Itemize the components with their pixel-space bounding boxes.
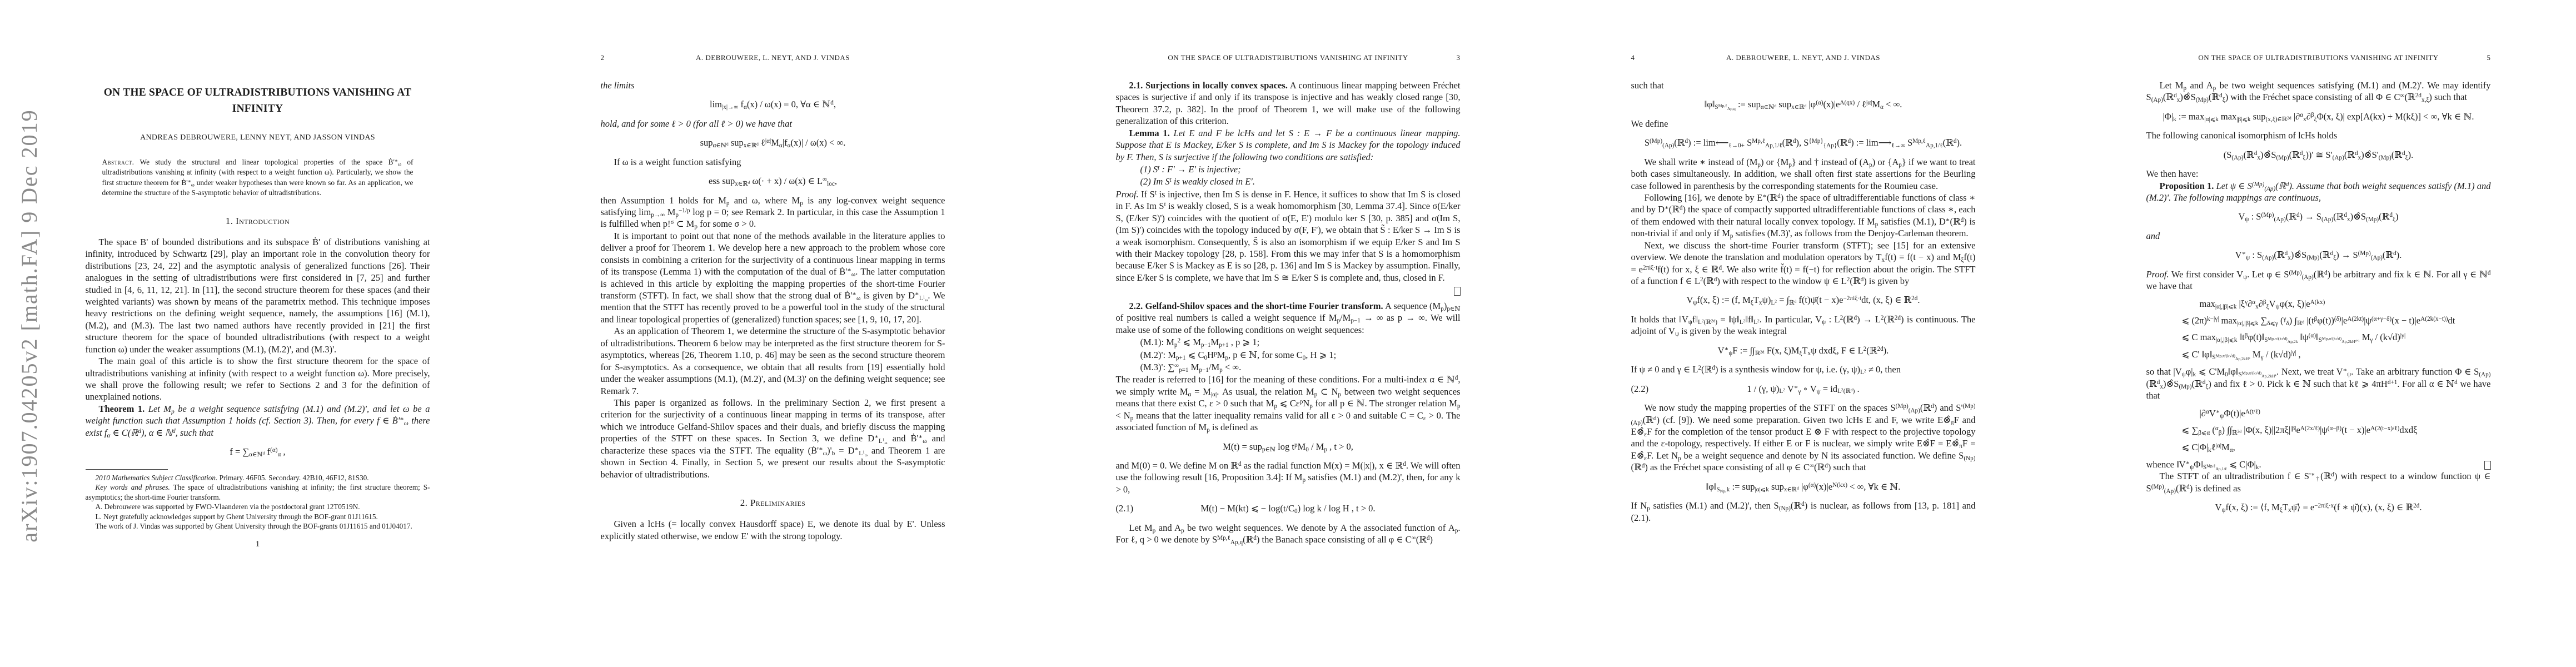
paragraph: Let Mp and Ap be two weight sequences sa… xyxy=(2146,79,2491,103)
paragraph: Given a lcHs (= locally convex Hausdorff… xyxy=(601,518,945,542)
paper-authors: ANDREAS DEBROUWERE, LENNY NEYT, AND JASS… xyxy=(86,133,430,143)
block-text: The reader is referred to [16] for the m… xyxy=(1116,374,1461,432)
paragraph: whence ‖V∗ψΦ‖SMp,ℓAp,1/ℓ ⩽ C|Φ|k. xyxy=(2146,459,2491,470)
header-page-number: 2 xyxy=(601,53,605,63)
paragraph: If Np satisfies (M.1) and (M.2)', then S… xyxy=(1631,500,1976,524)
paragraph: We then have: xyxy=(2146,168,2491,180)
running-header: 2A. DEBROUWERE, L. NEYT, AND J. VINDAS xyxy=(601,53,945,63)
block-text: Let Mp and Ap be two weight sequences sa… xyxy=(2146,80,2491,102)
header-page-number: 4 xyxy=(1631,53,1635,63)
footnote-rule xyxy=(86,469,168,470)
block-text: and M(0) = 0. We define M on ℝd as the r… xyxy=(1116,460,1461,495)
math-text: Vψf(x, ξ) := (f, MξTxψ)L2 = ∫ℝd f(t)ψ̄(t… xyxy=(1686,295,1920,305)
math-text: 1 / (γ, ψ)L2 V∗γ ∘ Vψ = idL2(ℝd) . xyxy=(1747,384,1859,394)
paragraph: As an application of Theorem 1, we deter… xyxy=(601,325,945,397)
block-lead: Key words and phrases. xyxy=(96,483,170,491)
footnote: L. Neyt gratefully acknowledges support … xyxy=(86,512,430,522)
block-lead: Proof. xyxy=(1116,189,1139,200)
math-text: ‖φ‖SNp,k := sup|α|⩽k supx∈ℝd |φ(α)(x)|eN… xyxy=(1706,481,1901,492)
footnote: A. Debrouwere was supported by FWO-Vlaan… xyxy=(86,502,430,512)
math-text: V∗ψ : S(Ap)(ℝdx)⊗̂S(Mp)(ℝdξ) → S(Mp)(Ap)… xyxy=(2235,250,2402,260)
block-text: (M.2)': Mp+1 ⩽ C0HpMp, p ∈ ℕ, for some C… xyxy=(1140,350,1337,360)
display-math: ess supx∈ℝd ω(· + x) / ω(x) ∈ L∞loc, xyxy=(601,175,945,187)
block-lead: Theorem 1. xyxy=(99,404,145,414)
block-text: If ω is a weight function satisfying xyxy=(614,157,741,167)
display-math: f = ∑α∈ℕd f(α)α , xyxy=(86,446,430,457)
list-item: (M.1): Mp2 ⩽ Mp−1Mp+1 , p ⩾ 1; xyxy=(1116,336,1461,348)
block-text: If ψ ≠ 0 and γ ∈ L2(ℝd) is a synthesis w… xyxy=(1631,364,1901,375)
list-item: (M.3)': ∑∞p=1 Mp−1/Mp < ∞. xyxy=(1116,361,1461,373)
block-text: (1) St : F' → E' is injective; xyxy=(1140,164,1241,175)
running-title: ON THE SPACE OF ULTRADISTRIBUTIONS VANIS… xyxy=(1168,53,1408,62)
block-text: then Assumption 1 holds for Mp and ω, wh… xyxy=(601,195,945,230)
qed-box xyxy=(1454,287,1461,296)
block-text: and xyxy=(2146,231,2160,241)
paragraph: Proposition 1. Let ψ ∈ S(Mp)(Ap)(ℝd). As… xyxy=(2146,180,2491,204)
paragraph: It holds that ‖Vψf‖L2(ℝ2d) = ‖ψ‖L2‖f‖L2.… xyxy=(1631,313,1976,337)
paragraph: Next, we discuss the short-time Fourier … xyxy=(1631,240,1976,287)
display-math-line: ⩽ (2π)k−|γ| max|α|,|β|⩽k ∑δ⩽γ (γδ) ∫ℝd |… xyxy=(2146,315,2491,326)
display-math: M(t) = supp∈ℕ log tpM0 / Mp , t > 0, xyxy=(1116,441,1461,452)
display-math-line: max|α|,|β|⩽k |ξγ∂αx∂βξVψφ(x, ξ)|eA(kx) xyxy=(2146,298,2491,310)
equation-tag: (2.1) xyxy=(1116,502,1134,514)
block-text: Let Mp and Ap be two weight sequences. W… xyxy=(1116,522,1461,545)
page-number: 1 xyxy=(86,539,430,550)
block-text: 1 xyxy=(256,540,260,549)
paragraph: 2.1. Surjections in locally convex space… xyxy=(1116,79,1461,127)
paragraph: Theorem 1. Let Mp be a weight sequence s… xyxy=(86,403,430,439)
block-text: L. Neyt gratefully acknowledges support … xyxy=(96,512,378,521)
block-text: We study the structural and linear topol… xyxy=(102,158,413,197)
header-page-number: 3 xyxy=(1457,53,1461,63)
paper-abstract: Abstract. We study the structural and li… xyxy=(102,157,413,198)
block-text: We shall write ∗ instead of (Mp) or {Mp}… xyxy=(1631,157,1976,191)
block-text: We first consider Vψ. Let φ ∈ S(Mp)(Ap)(… xyxy=(2146,269,2491,291)
paragraph: If ψ ≠ 0 and γ ∈ L2(ℝd) is a synthesis w… xyxy=(1631,364,1976,375)
block-text: This paper is organized as follows. In t… xyxy=(601,397,945,480)
paragraph: Let Mp and Ap be two weight sequences. W… xyxy=(1116,522,1461,546)
block-text: ANDREAS DEBROUWERE, LENNY NEYT, AND JASS… xyxy=(140,133,375,142)
qed-box xyxy=(2484,461,2491,470)
qed xyxy=(1116,287,1461,298)
page-5: ON THE SPACE OF ULTRADISTRIBUTIONS VANIS… xyxy=(2061,0,2576,667)
display-math-line: ⩽ C' ‖φ‖SMp,π/(k√d)Ap,2kHk Mγ / (k√d)|γ|… xyxy=(2146,349,2491,360)
display-math: Vψf(x, ξ) := (f, MξTxψ)L2 = ∫ℝd f(t)ψ̄(t… xyxy=(1631,294,1976,306)
page-5-content: ON THE SPACE OF ULTRADISTRIBUTIONS VANIS… xyxy=(2146,53,2491,514)
page-4-content: 4A. DEBROUWERE, L. NEYT, AND J. VINDASsu… xyxy=(1631,53,1976,524)
running-header: ON THE SPACE OF ULTRADISTRIBUTIONS VANIS… xyxy=(1116,53,1461,63)
paragraph: We define xyxy=(1631,118,1976,130)
block-text: ON THE SPACE OF ULTRADISTRIBUTIONS VANIS… xyxy=(104,87,411,115)
block-lead: Abstract. xyxy=(102,158,134,166)
block-lead: Proof. xyxy=(2146,269,2169,280)
page-3: ON THE SPACE OF ULTRADISTRIBUTIONS VANIS… xyxy=(1030,0,1546,667)
math-text: lim|x|→∞ fα(x) / ω(x) = 0, ∀α ∈ ℕd, xyxy=(710,99,836,109)
block-text: so that |Vψφ|k ⩽ C'M0‖φ‖SMp,π/(k√d)Ap,2k… xyxy=(2146,366,2491,401)
block-text: A. Debrouwere was supported by FWO-Vlaan… xyxy=(96,502,360,511)
math-text: S(Mp)(Ap)(ℝd) := lim⟵ℓ→0+ SMp,ℓAp,1/ℓ(ℝd… xyxy=(1645,137,1962,148)
paragraph: If ω is a weight function satisfying xyxy=(601,156,945,168)
block-text: We then have: xyxy=(2146,168,2199,179)
paragraph: Lemma 1. Let E and F be lcHs and let S :… xyxy=(1116,127,1461,163)
block-text: The following canonical isomorphism of l… xyxy=(2146,130,2338,141)
block-text: 2. Preliminaries xyxy=(740,497,806,508)
math-text: Vψ : S(Mp)(Ap)(ℝd) → S(Ap)(ℝdx)⊗̂S(Mp)(ℝ… xyxy=(2239,211,2399,222)
math-text: (S(Ap)(ℝdx)⊗̂S(Mp)(ℝdξ))' ≅ S'(Ap)(ℝdx)⊗… xyxy=(2224,150,2414,160)
paragraph: hold, and for some ℓ > 0 (for all ℓ > 0)… xyxy=(601,118,945,130)
paragraph: It is important to point out that none o… xyxy=(601,230,945,326)
display-math-line: |∂αV∗ψΦ(t)|eA(t/ℓ) xyxy=(2146,407,2491,419)
page-2: 2A. DEBROUWERE, L. NEYT, AND J. VINDASth… xyxy=(515,0,1030,667)
display-math-line: ⩽ C max|α|,|β|⩽k ‖tβφ(t)‖SMp,π/(k√d)Ap,2… xyxy=(2146,331,2491,343)
display-math: S(Mp)(Ap)(ℝd) := lim⟵ℓ→0+ SMp,ℓAp,1/ℓ(ℝd… xyxy=(1631,137,1976,148)
display-math: ‖φ‖SMp,ℓAp,q := supα∈ℕd supx∈ℝd |φ(α)(x)… xyxy=(1631,98,1976,110)
display-math-block: |∂αV∗ψΦ(t)|eA(t/ℓ)⩽ ∑β⩽α (αβ) ∫∫ℝ2d |Φ(x… xyxy=(2146,407,2491,453)
display-math: Vψ : S(Mp)(Ap)(ℝd) → S(Ap)(ℝdx)⊗̂S(Mp)(ℝ… xyxy=(2146,211,2491,222)
display-math-line: ⩽ C|Φ|kℓ|α|Mα, xyxy=(2146,441,2491,453)
block-text: We define xyxy=(1631,118,1668,129)
paragraph: 2.2. Gelfand-Shilov spaces and the short… xyxy=(1116,300,1461,336)
paragraph: The reader is referred to [16] for the m… xyxy=(1116,374,1461,433)
paragraph: Proof. We first consider Vψ. Let φ ∈ S(M… xyxy=(2146,268,2491,292)
running-header: ON THE SPACE OF ULTRADISTRIBUTIONS VANIS… xyxy=(2146,53,2491,63)
block-lead: 2.2. Gelfand-Shilov spaces and the short… xyxy=(1129,301,1383,311)
math-text: ‖φ‖SMp,ℓAp,q := supα∈ℕd supx∈ℝd |φ(α)(x)… xyxy=(1705,99,1902,109)
block-text: It is important to point out that none o… xyxy=(601,231,945,325)
paragraph: The following canonical isomorphism of l… xyxy=(2146,130,2491,141)
paragraph: such that xyxy=(1631,79,1976,91)
paragraph: so that |Vψφ|k ⩽ C'M0‖φ‖SMp,π/(k√d)Ap,2k… xyxy=(2146,366,2491,401)
paragraph: The space B' of bounded distributions an… xyxy=(86,236,430,355)
display-math: ‖φ‖SNp,k := sup|α|⩽k supx∈ℝd |φ(α)(x)|eN… xyxy=(1631,481,1976,492)
block-text: Primary. 46F05. Secondary. 42B10, 46F12,… xyxy=(220,474,369,482)
block-lead: 2010 Mathematics Subject Classification. xyxy=(96,474,218,482)
display-math: Vψf(x, ξ) := ⟨f, MξTxψ̄⟩ = e−2πiξ·x(f ∗ … xyxy=(2146,501,2491,513)
footnote: The work of J. Vindas was supported by G… xyxy=(86,521,430,531)
running-title: A. DEBROUWERE, L. NEYT, AND J. VINDAS xyxy=(1726,53,1880,62)
paper-canvas: arXiv:1907.04205v2 [math.FA] 9 Dec 2019 … xyxy=(0,0,2576,667)
math-text: V∗ψF := ∫∫ℝ2d F(x, ξ)MξTxψ dxdξ, F ∈ L2(… xyxy=(1718,345,1889,356)
math-text: ess supx∈ℝd ω(· + x) / ω(x) ∈ L∞loc, xyxy=(709,176,837,186)
display-math: V∗ψ : S(Ap)(ℝdx)⊗̂S(Mp)(ℝdξ) → S(Mp)(Ap)… xyxy=(2146,249,2491,261)
section-heading: 1. Introduction xyxy=(86,215,430,227)
block-text: The STFT of an ultradistribution f ∈ S'∗… xyxy=(2146,471,2491,493)
block-text: (M.3)': ∑∞p=1 Mp−1/Mp < ∞. xyxy=(1140,362,1242,372)
math-text: M(t) − M(kt) ⩽ − log(t/C0) log k / log H… xyxy=(1200,503,1375,514)
paragraph: The STFT of an ultradistribution f ∈ S'∗… xyxy=(2146,470,2491,494)
list-item: (M.2)': Mp+1 ⩽ C0HpMp, p ∈ ℕ, for some C… xyxy=(1116,349,1461,361)
page-4: 4A. DEBROUWERE, L. NEYT, AND J. VINDASsu… xyxy=(1546,0,2061,667)
block-lead: 2.1. Surjections in locally convex space… xyxy=(1129,80,1288,91)
display-math: lim|x|→∞ fα(x) / ω(x) = 0, ∀α ∈ ℕd, xyxy=(601,98,945,110)
block-text: We now study the mapping properties of t… xyxy=(1631,402,1976,472)
block-text: whence ‖V∗ψΦ‖SMp,ℓAp,1/ℓ ⩽ C|Φ|k. xyxy=(2146,459,2261,470)
display-math: (2.2)1 / (γ, ψ)L2 V∗γ ∘ Vψ = idL2(ℝd) . xyxy=(1631,383,1976,395)
block-text: Given a lcHs (= locally convex Hausdorff… xyxy=(601,519,945,541)
paragraph: and M(0) = 0. We define M on ℝd as the r… xyxy=(1116,460,1461,495)
math-text: supα∈ℕd supx∈ℝd ℓ|α|Mα|fα(x)| / ω(x) < ∞… xyxy=(700,137,846,148)
block-text: Next, we discuss the short-time Fourier … xyxy=(1631,240,1976,286)
block-text: Following [16], we denote by E∗(ℝd) the … xyxy=(1631,192,1976,238)
display-math: (2.1)M(t) − M(kt) ⩽ − log(t/C0) log k / … xyxy=(1116,502,1461,514)
running-title: A. DEBROUWERE, L. NEYT, AND J. VINDAS xyxy=(696,53,850,62)
list-item: (2) Im St is weakly closed in E'. xyxy=(1116,176,1461,187)
page-1-content: ON THE SPACE OF ULTRADISTRIBUTIONS VANIS… xyxy=(86,84,430,550)
math-text: f = ∑α∈ℕd f(α)α , xyxy=(230,446,285,457)
footnote: 2010 Mathematics Subject Classification.… xyxy=(86,473,430,483)
footnote: Key words and phrases. The space of ultr… xyxy=(86,482,430,502)
paragraph: The main goal of this article is to show… xyxy=(86,355,430,403)
running-title: ON THE SPACE OF ULTRADISTRIBUTIONS VANIS… xyxy=(2198,53,2438,62)
display-math-block: max|α|,|β|⩽k |ξγ∂αx∂βξVψφ(x, ξ)|eA(kx)⩽ … xyxy=(2146,298,2491,361)
block-text: If Np satisfies (M.1) and (M.2)', then S… xyxy=(1631,500,1976,522)
page-1: ON THE SPACE OF ULTRADISTRIBUTIONS VANIS… xyxy=(0,0,515,667)
block-text: It holds that ‖Vψf‖L2(ℝ2d) = ‖ψ‖L2‖f‖L2.… xyxy=(1631,314,1976,336)
block-text: (2) Im St is weakly closed in E'. xyxy=(1140,176,1255,187)
section-heading: 2. Preliminaries xyxy=(601,497,945,509)
header-page-number: 5 xyxy=(2487,53,2491,63)
display-math: supα∈ℕd supx∈ℝd ℓ|α|Mα|fα(x)| / ω(x) < ∞… xyxy=(601,137,945,148)
block-text: If St is injective, then Im S is dense i… xyxy=(1116,189,1461,283)
running-header: 4A. DEBROUWERE, L. NEYT, AND J. VINDAS xyxy=(1631,53,1976,63)
display-math: |Φ|k := max|α|⩽k max|β|⩽k sup(x,ξ)∈ℝ2d |… xyxy=(2146,111,2491,122)
display-math: V∗ψF := ∫∫ℝ2d F(x, ξ)MξTxψ dxdξ, F ∈ L2(… xyxy=(1631,345,1976,356)
paragraph: Proof. If St is injective, then Im S is … xyxy=(1116,188,1461,284)
equation-tag: (2.2) xyxy=(1631,383,1649,395)
list-item: (1) St : F' → E' is injective; xyxy=(1116,163,1461,175)
block-text: hold, and for some ℓ > 0 (for all ℓ > 0)… xyxy=(601,118,792,129)
paragraph: We now study the mapping properties of t… xyxy=(1631,402,1976,474)
page-2-content: 2A. DEBROUWERE, L. NEYT, AND J. VINDASth… xyxy=(601,53,945,542)
block-text: 1. Introduction xyxy=(226,216,290,226)
block-text: The space B' of bounded distributions an… xyxy=(86,237,430,355)
paper-title: ON THE SPACE OF ULTRADISTRIBUTIONS VANIS… xyxy=(86,84,430,117)
display-math-line: ⩽ ∑β⩽α (αβ) ∫∫ℝ2d |Φ(x, ξ)||2πξ||β|eA(2x… xyxy=(2146,424,2491,436)
page-3-content: ON THE SPACE OF ULTRADISTRIBUTIONS VANIS… xyxy=(1116,53,1461,546)
block-lead: Lemma 1. xyxy=(1129,128,1170,138)
block-text: (M.1): Mp2 ⩽ Mp−1Mp+1 , p ⩾ 1; xyxy=(1140,337,1260,347)
block-text: the limits xyxy=(601,80,635,91)
paragraph: This paper is organized as follows. In t… xyxy=(601,397,945,480)
block-text: The main goal of this article is to show… xyxy=(86,356,430,402)
paragraph: We shall write ∗ instead of (Mp) or {Mp}… xyxy=(1631,156,1976,192)
display-math: (S(Ap)(ℝdx)⊗̂S(Mp)(ℝdξ))' ≅ S'(Ap)(ℝdx)⊗… xyxy=(2146,149,2491,161)
block-text: such that xyxy=(1631,80,1664,91)
block-text: The work of J. Vindas was supported by G… xyxy=(96,522,412,530)
paragraph: the limits xyxy=(601,79,945,91)
block-text: As an application of Theorem 1, we deter… xyxy=(601,326,945,396)
math-text: M(t) = supp∈ℕ log tpM0 / Mp , t > 0, xyxy=(1223,441,1353,452)
block-lead: Proposition 1. xyxy=(2160,181,2214,191)
paragraph: then Assumption 1 holds for Mp and ω, wh… xyxy=(601,195,945,230)
math-text: Vψf(x, ξ) := ⟨f, MξTxψ̄⟩ = e−2πiξ·x(f ∗ … xyxy=(2215,502,2422,512)
paragraph: Following [16], we denote by E∗(ℝd) the … xyxy=(1631,192,1976,240)
paragraph: and xyxy=(2146,230,2491,242)
math-text: |Φ|k := max|α|⩽k max|β|⩽k sup(x,ξ)∈ℝ2d |… xyxy=(2163,111,2474,122)
